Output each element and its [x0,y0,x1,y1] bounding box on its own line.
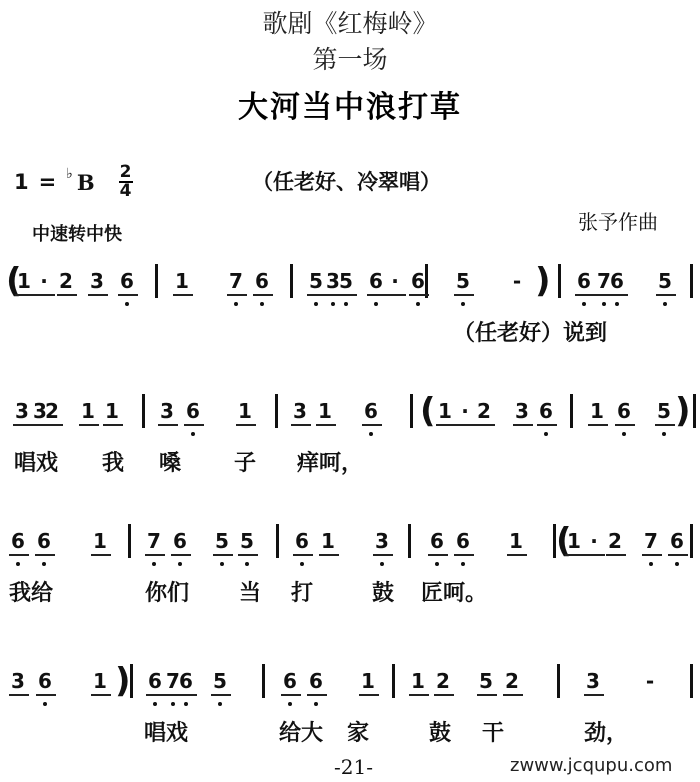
underline-beam [103,424,123,426]
octave-dot-below [416,302,420,306]
tempo-marking: 中速转中快 [32,220,122,246]
note: 1 [567,530,581,552]
lyric: （任老好）说到 [453,316,607,347]
octave-dot-below [544,432,548,436]
parenthesis: ) [535,264,551,298]
note: 6 [577,270,591,292]
underline-beam [35,554,55,556]
lyric: 唱戏 [144,716,188,747]
underline-beam [9,694,29,696]
underline-beam [91,694,111,696]
underline-beam [13,424,33,426]
underline-beam [211,694,231,696]
octave-dot-below [602,302,606,306]
barline [142,394,145,428]
lyric: 你们 [145,576,189,607]
note: 1 [590,400,604,422]
note: 5 [215,530,229,552]
barline [690,664,693,698]
underline-beam [477,694,497,696]
underline-beam [656,294,676,296]
octave-dot-below [218,702,222,706]
octave-dot-below [125,302,129,306]
key-do: 1 [14,170,29,194]
octave-dot-below [344,302,348,306]
lyric: 唱戏 [14,446,58,477]
underline-beam [456,424,476,426]
octave-dot-below [152,562,156,566]
octave-dot-below [675,562,679,566]
underline-beam [507,554,527,556]
underline-beam [281,694,301,696]
note: 6 [309,670,323,692]
underline-beam [177,694,197,696]
note: 2 [477,400,491,422]
note: 7 [229,270,243,292]
octave-dot-below [663,302,667,306]
note: 1 [318,400,332,422]
octave-dot-below [662,432,666,436]
lyric: 干 [482,716,504,747]
composer-credit: 张予作曲 [578,206,658,235]
underline-beam [171,554,191,556]
note: 3 [90,270,104,292]
barline [690,524,693,558]
barline [570,394,573,428]
underline-beam [642,554,662,556]
note: 1 [175,270,189,292]
page-number: -21- [334,755,373,779]
octave-dot-below [461,302,465,306]
barline [558,264,561,298]
underline-beam [337,294,357,296]
note: 6 [295,530,309,552]
note: 5 [479,670,493,692]
note: 7 [597,270,611,292]
note: 1 [509,530,523,552]
note: 6 [670,530,684,552]
opera-title: 歌剧《红梅岭》 [0,4,700,40]
note: 3 [11,670,25,692]
octave-dot-below [288,702,292,706]
barline [408,524,411,558]
underline-beam [91,554,111,556]
note: - [513,270,521,292]
note: · [461,400,469,422]
underline-beam [575,294,595,296]
note: 6 [539,400,553,422]
underline-beam [386,294,406,296]
note: 5 [309,270,323,292]
underline-beam [436,424,456,426]
underline-beam [615,424,635,426]
note: 1 [93,670,107,692]
octave-dot-below [153,702,157,706]
lyric: 家 [347,716,369,747]
lyric: 鼓 [429,716,451,747]
flat-icon: ♭ [66,166,73,182]
underline-beam [227,294,247,296]
octave-dot-below [374,302,378,306]
barline [155,264,158,298]
underline-beam [359,694,379,696]
note: 6 [179,670,193,692]
underline-beam [584,694,604,696]
barline [557,664,560,698]
note: 2 [505,670,519,692]
note: 6 [255,270,269,292]
note: 6 [283,670,297,692]
note: 7 [644,530,658,552]
underline-beam [35,294,55,296]
barline [262,664,265,698]
underline-beam [362,424,382,426]
note: 3 [515,400,529,422]
underline-beam [319,554,339,556]
octave-dot-below [615,302,619,306]
note: 7 [147,530,161,552]
octave-dot-below [43,702,47,706]
song-title: 大河当中浪打草 [0,82,700,126]
note: 6 [37,530,51,552]
note: 5 [240,530,254,552]
note: 3 [326,270,340,292]
octave-dot-below [184,702,188,706]
underline-beam [608,294,628,296]
time-signature: 2 4 [119,164,133,200]
underline-beam [316,424,336,426]
octave-dot-below [171,702,175,706]
note: 5 [456,270,470,292]
underline-beam [118,294,138,296]
underline-beam [588,424,608,426]
barline [275,394,278,428]
octave-dot-below [622,432,626,436]
underline-beam [158,424,178,426]
octave-dot-below [380,562,384,566]
underline-beam [454,554,474,556]
note: 1 [321,530,335,552]
barline [425,264,428,298]
key-letter: B [77,170,95,195]
octave-dot-below [582,302,586,306]
lyric: 打 [291,576,313,607]
note: 6 [456,530,470,552]
singers-label: （任老好、冷翠唱） [252,166,441,196]
underline-beam [428,554,448,556]
octave-dot-below [220,562,224,566]
note: 1 [438,400,452,422]
octave-dot-below [435,562,439,566]
note: 6 [38,670,52,692]
note: 6 [610,270,624,292]
lyric: 子 [234,446,256,477]
note: 6 [120,270,134,292]
underline-beam [173,294,193,296]
barline [290,264,293,298]
note: 2 [608,530,622,552]
barline [392,664,395,698]
underline-beam [585,554,605,556]
underline-beam [606,554,626,556]
underline-beam [565,554,585,556]
note: 2 [45,400,59,422]
note: 5 [339,270,353,292]
octave-dot-below [191,432,195,436]
underline-beam [238,554,258,556]
octave-dot-below [245,562,249,566]
underline-beam [36,694,56,696]
lyric: 痒呵， [297,446,363,477]
note: 6 [186,400,200,422]
note: 1 [81,400,95,422]
lyric: 给大 [279,716,323,747]
note: 5 [213,670,227,692]
key-signature: 1 = ♭ B 2 4 [14,164,133,200]
lyric: 我 [102,446,124,477]
octave-dot-below [300,562,304,566]
underline-beam [145,554,165,556]
barline [128,524,131,558]
lyric: 鼓 [372,576,394,607]
note: 7 [166,670,180,692]
octave-dot-below [369,432,373,436]
key-equals: = [39,170,57,194]
note: 3 [15,400,29,422]
underline-beam [367,294,387,296]
underline-beam [291,424,311,426]
underline-beam [668,554,688,556]
underline-beam [213,554,233,556]
note: · [590,530,598,552]
octave-dot-below [461,562,465,566]
octave-dot-below [331,302,335,306]
note: 3 [293,400,307,422]
underline-beam [475,424,495,426]
scene-title: 第一场 [0,40,700,76]
time-numerator: 2 [120,164,132,181]
octave-dot-below [178,562,182,566]
note: 6 [369,270,383,292]
note: 2 [59,270,73,292]
underline-beam [184,424,204,426]
note: 1 [411,670,425,692]
note: 1 [361,670,375,692]
underline-beam [88,294,108,296]
underline-beam [293,554,313,556]
underline-beam [15,294,35,296]
time-denominator: 4 [120,183,132,200]
parenthesis: ) [115,664,131,698]
note: - [646,670,654,692]
barline [410,394,413,428]
note: 5 [658,270,672,292]
note: 6 [364,400,378,422]
note: 6 [148,670,162,692]
lyric: 匠呵。 [421,576,487,607]
octave-dot-below [314,302,318,306]
note: 6 [173,530,187,552]
note: 5 [657,400,671,422]
note: 3 [160,400,174,422]
underline-beam [307,694,327,696]
parenthesis: ( [420,394,436,428]
note: 1 [93,530,107,552]
underline-beam [79,424,99,426]
note: · [391,270,399,292]
octave-dot-below [649,562,653,566]
underline-beam [43,424,63,426]
octave-dot-below [314,702,318,706]
note: 6 [617,400,631,422]
lyric: 我给 [9,576,53,607]
octave-dot-below [260,302,264,306]
note: · [40,270,48,292]
note: 6 [430,530,444,552]
note: 3 [586,670,600,692]
underline-beam [409,294,429,296]
note: 1 [105,400,119,422]
octave-dot-below [234,302,238,306]
underline-beam [253,294,273,296]
note: 1 [238,400,252,422]
lyric: 劲， [584,716,628,747]
underline-beam [513,424,533,426]
octave-dot-below [42,562,46,566]
note: 2 [436,670,450,692]
note: 1 [17,270,31,292]
note: 6 [11,530,25,552]
note: 6 [411,270,425,292]
underline-beam [454,294,474,296]
underline-beam [537,424,557,426]
barline [276,524,279,558]
underline-beam [503,694,523,696]
barline [693,394,696,428]
underline-beam [9,554,29,556]
underline-beam [409,694,429,696]
underline-beam [655,424,675,426]
lyric: 嗓 [159,446,181,477]
note: 3 [375,530,389,552]
barline [690,264,693,298]
underline-beam [57,294,77,296]
watermark: zwww.jcqupu.com [510,755,672,776]
underline-beam [146,694,166,696]
parenthesis: ) [675,394,691,428]
lyric: 当 [239,576,261,607]
underline-beam [373,554,393,556]
octave-dot-below [16,562,20,566]
underline-beam [434,694,454,696]
underline-beam [236,424,256,426]
